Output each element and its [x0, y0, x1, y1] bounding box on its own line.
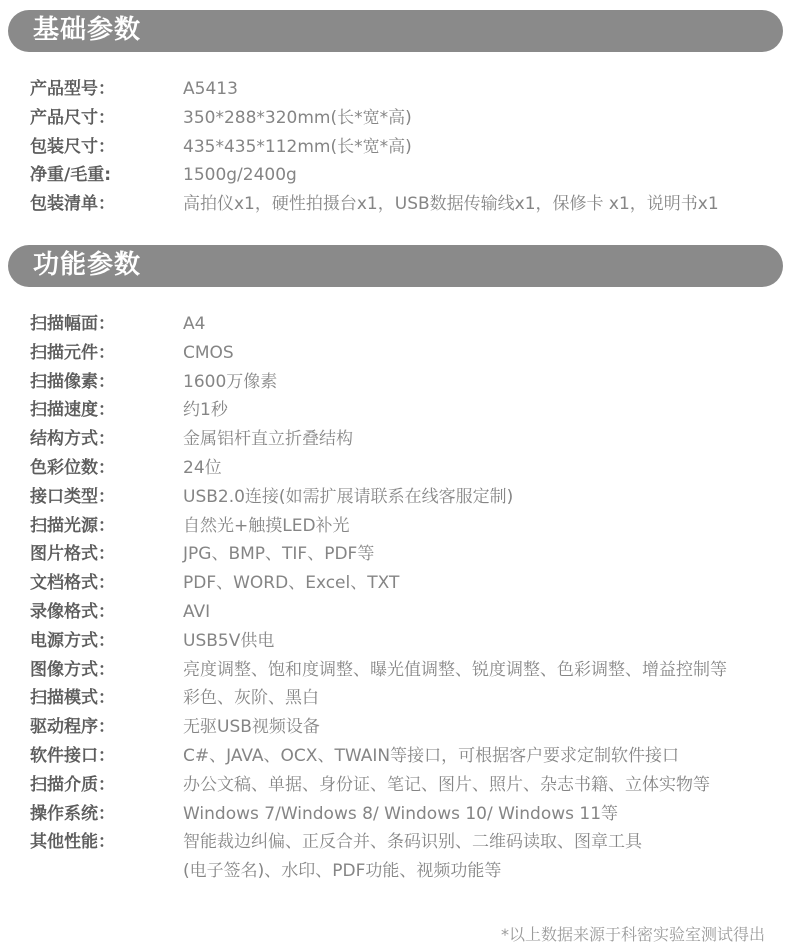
- spec-rows-basic: 产品型号：A5413产品尺寸：350*288*320mm(长*宽*高)包装尺寸：…: [0, 52, 790, 245]
- spec-row: 扫描像素：1600万像素: [30, 368, 766, 397]
- spec-label: 驱动程序：: [30, 713, 183, 742]
- spec-value: 24位: [183, 454, 766, 483]
- spec-label: 其他性能：: [30, 828, 183, 857]
- spec-row: 结构方式：金属铝杆直立折叠结构: [30, 425, 766, 454]
- spec-row: 扫描模式：彩色、灰阶、黑白: [30, 684, 766, 713]
- spec-value: 智能裁边纠偏、正反合并、条码识别、二维码读取、图章工具 (电子签名)、水印、PD…: [183, 828, 766, 886]
- spec-row: 扫描元件：CMOS: [30, 339, 766, 368]
- spec-value: A5413: [183, 75, 766, 104]
- spec-label: 接口类型：: [30, 483, 183, 512]
- spec-row: 操作系统：Windows 7/Windows 8/ Windows 10/ Wi…: [30, 800, 766, 829]
- spec-label: 产品尺寸：: [30, 104, 183, 133]
- spec-value: AVI: [183, 598, 766, 627]
- spec-row: 包装尺寸：435*435*112mm(长*宽*高): [30, 133, 766, 162]
- spec-label: 扫描元件：: [30, 339, 183, 368]
- spec-value: 435*435*112mm(长*宽*高): [183, 133, 766, 162]
- spec-row: 软件接口：C#、JAVA、OCX、TWAIN等接口，可根据客户要求定制软件接口: [30, 742, 766, 771]
- spec-value: USB5V供电: [183, 627, 766, 656]
- section-title-basic: 基础参数: [33, 17, 141, 45]
- spec-value: 办公文稿、单据、身份证、笔记、图片、照片、杂志书籍、立体实物等: [183, 771, 766, 800]
- spec-row: 扫描速度：约1秒: [30, 396, 766, 425]
- spec-row: 录像格式：AVI: [30, 598, 766, 627]
- spec-label: 产品型号：: [30, 75, 183, 104]
- spec-label: 色彩位数：: [30, 454, 183, 483]
- spec-label: 电源方式：: [30, 627, 183, 656]
- spec-row: 扫描幅面：A4: [30, 310, 766, 339]
- spec-row: 包装清单：高拍仪x1，硬性拍摄台x1，USB数据传输线x1，保修卡 x1，说明书…: [30, 190, 766, 219]
- spec-label: 扫描像素：: [30, 368, 183, 397]
- spec-value: C#、JAVA、OCX、TWAIN等接口，可根据客户要求定制软件接口: [183, 742, 766, 771]
- spec-row: 图像方式：亮度调整、饱和度调整、曝光值调整、锐度调整、色彩调整、增益控制等: [30, 656, 766, 685]
- spec-rows-function: 扫描幅面：A4扫描元件：CMOS扫描像素：1600万像素扫描速度：约1秒结构方式…: [0, 287, 790, 912]
- spec-row: 文档格式：PDF、WORD、Excel、TXT: [30, 569, 766, 598]
- spec-row: 接口类型：USB2.0连接(如需扩展请联系在线客服定制): [30, 483, 766, 512]
- spec-value: 无驱USB视频设备: [183, 713, 766, 742]
- spec-label: 净重/毛重:: [30, 161, 183, 190]
- spec-value: 高拍仪x1，硬性拍摄台x1，USB数据传输线x1，保修卡 x1，说明书x1: [183, 190, 766, 219]
- spec-label: 扫描光源：: [30, 512, 183, 541]
- spec-value: 1600万像素: [183, 368, 766, 397]
- spec-value: 自然光+触摸LED补光: [183, 512, 766, 541]
- spec-row: 电源方式：USB5V供电: [30, 627, 766, 656]
- spec-value: JPG、BMP、TIF、PDF等: [183, 540, 766, 569]
- spec-label: 扫描模式：: [30, 684, 183, 713]
- section-function-params: 功能参数 扫描幅面：A4扫描元件：CMOS扫描像素：1600万像素扫描速度：约1…: [0, 245, 790, 912]
- spec-row: 色彩位数：24位: [30, 454, 766, 483]
- spec-value: Windows 7/Windows 8/ Windows 10/ Windows…: [183, 800, 766, 829]
- spec-label: 文档格式：: [30, 569, 183, 598]
- spec-value: PDF、WORD、Excel、TXT: [183, 569, 766, 598]
- section-header-function: 功能参数: [8, 245, 783, 287]
- product-spec-sheet: 基础参数 产品型号：A5413产品尺寸：350*288*320mm(长*宽*高)…: [0, 0, 790, 947]
- spec-label: 操作系统：: [30, 800, 183, 829]
- spec-label: 包装清单：: [30, 190, 183, 219]
- spec-row: 净重/毛重:1500g/2400g: [30, 161, 766, 190]
- spec-label: 软件接口：: [30, 742, 183, 771]
- spec-label: 结构方式：: [30, 425, 183, 454]
- spec-label: 包装尺寸：: [30, 133, 183, 162]
- spec-label: 图片格式：: [30, 540, 183, 569]
- spec-value: USB2.0连接(如需扩展请联系在线客服定制): [183, 483, 766, 512]
- spec-row: 产品型号：A5413: [30, 75, 766, 104]
- spec-label: 录像格式：: [30, 598, 183, 627]
- spec-value: A4: [183, 310, 766, 339]
- spec-value: 约1秒: [183, 396, 766, 425]
- spec-label: 扫描介质：: [30, 771, 183, 800]
- section-basic-params: 基础参数 产品型号：A5413产品尺寸：350*288*320mm(长*宽*高)…: [0, 10, 790, 245]
- spec-value: 亮度调整、饱和度调整、曝光值调整、锐度调整、色彩调整、增益控制等: [183, 656, 766, 685]
- spec-row: 扫描光源：自然光+触摸LED补光: [30, 512, 766, 541]
- spec-label: 扫描幅面：: [30, 310, 183, 339]
- spec-row: 驱动程序：无驱USB视频设备: [30, 713, 766, 742]
- spec-label: 扫描速度：: [30, 396, 183, 425]
- section-title-function: 功能参数: [33, 252, 141, 280]
- spec-value: 彩色、灰阶、黑白: [183, 684, 766, 713]
- spec-value: 1500g/2400g: [183, 161, 766, 190]
- spec-value: 350*288*320mm(长*宽*高): [183, 104, 766, 133]
- spec-label: 图像方式：: [30, 656, 183, 685]
- spec-row: 其他性能：智能裁边纠偏、正反合并、条码识别、二维码读取、图章工具 (电子签名)、…: [30, 828, 766, 886]
- spec-row: 产品尺寸：350*288*320mm(长*宽*高): [30, 104, 766, 133]
- spec-value: 金属铝杆直立折叠结构: [183, 425, 766, 454]
- spec-value: CMOS: [183, 339, 766, 368]
- spec-row: 扫描介质：办公文稿、单据、身份证、笔记、图片、照片、杂志书籍、立体实物等: [30, 771, 766, 800]
- footnote: *以上数据来源于科密实验室测试得出: [0, 924, 790, 946]
- spec-row: 图片格式：JPG、BMP、TIF、PDF等: [30, 540, 766, 569]
- section-header-basic: 基础参数: [8, 10, 783, 52]
